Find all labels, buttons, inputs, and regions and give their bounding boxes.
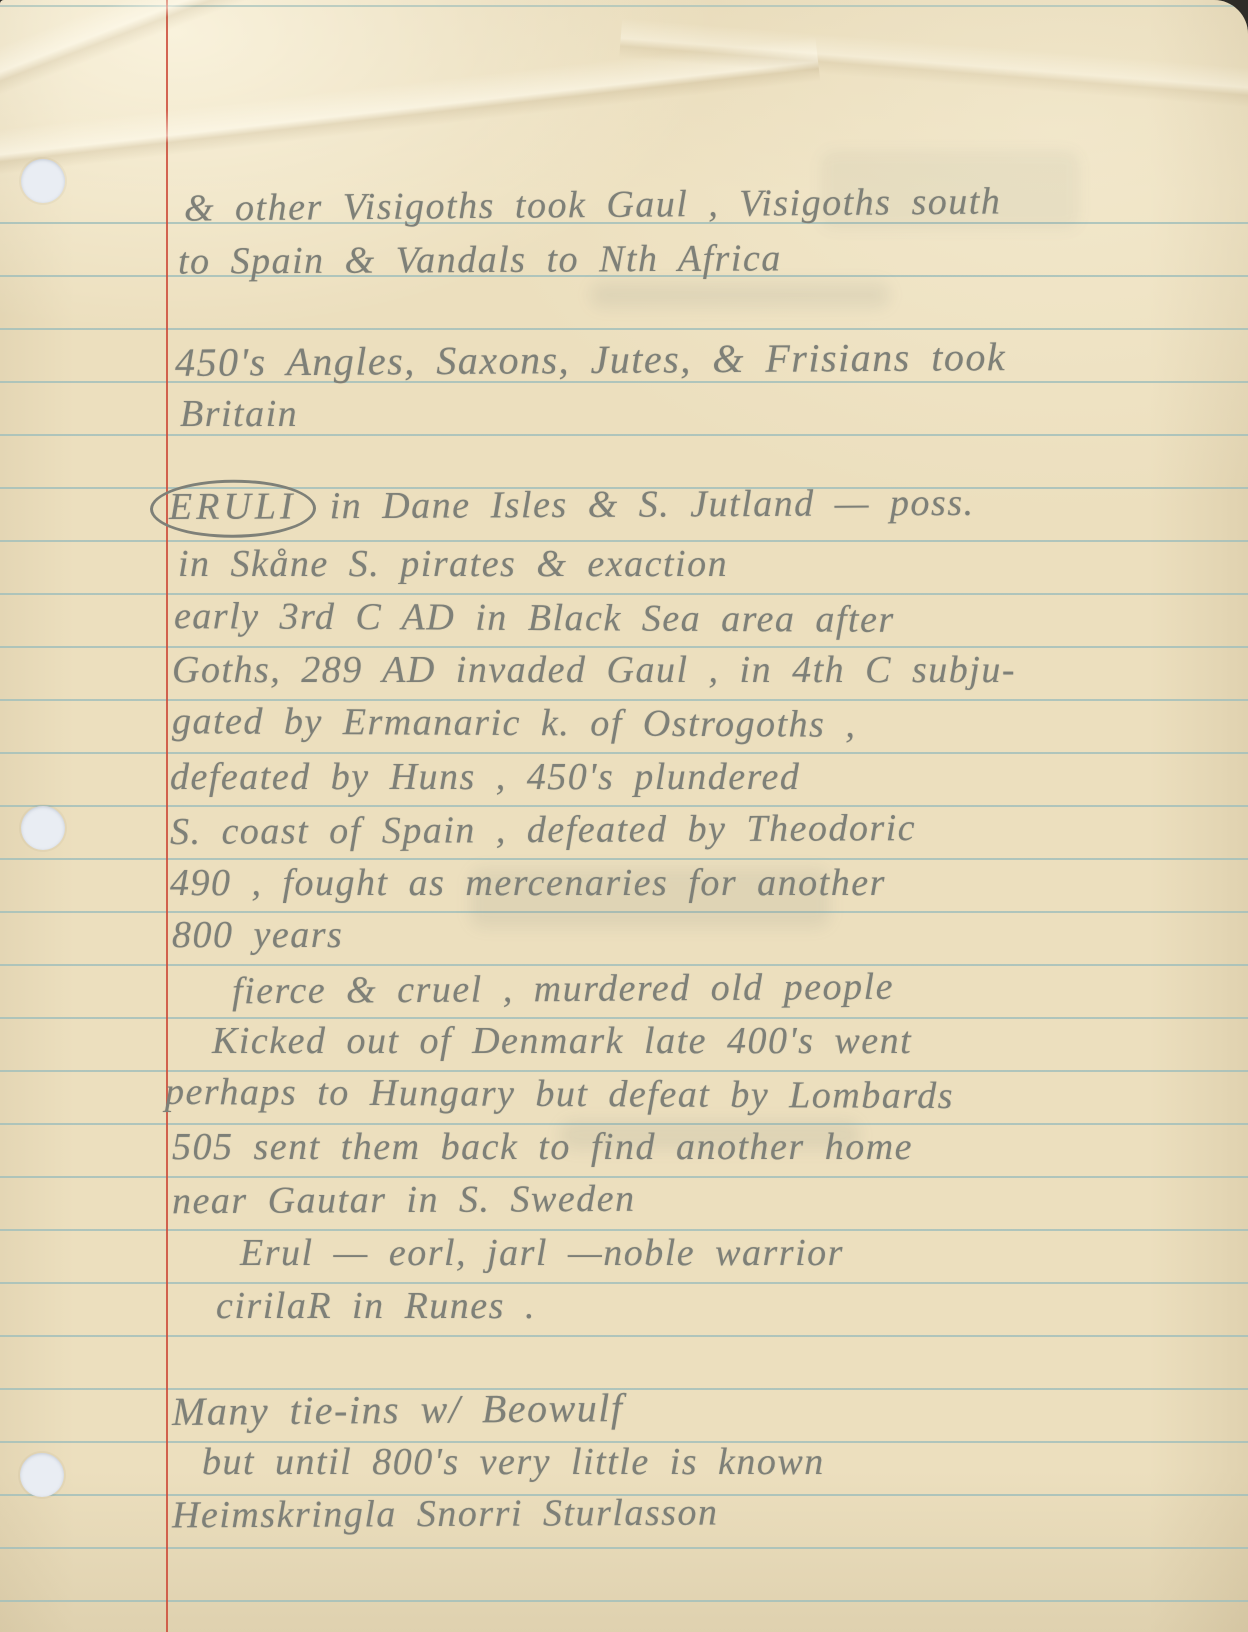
fold-crease <box>0 0 360 123</box>
eruli-line-rest: in Dane Isles & S. Jutland — poss. <box>330 482 975 527</box>
fold-crease <box>618 0 1248 126</box>
handwritten-line: but until 800's very little is known <box>202 1440 825 1484</box>
handwritten-line: 800 years <box>172 913 343 957</box>
handwritten-line: & other Visigoths took Gaul , Visigoths … <box>184 179 1002 230</box>
hole-punch <box>21 159 65 203</box>
handwritten-line: Goths, 289 AD invaded Gaul , in 4th C su… <box>172 648 1016 692</box>
margin-line <box>166 0 168 1632</box>
ruled-line-top <box>0 5 1248 7</box>
bleed-through-smudge <box>590 282 890 308</box>
hole-punch <box>21 806 65 850</box>
handwritten-line-eruli: ERULIin Dane Isles & S. Jutland — poss. <box>150 476 975 538</box>
handwritten-line: Erul — eorl, jarl —noble warrior <box>240 1231 844 1275</box>
eruli-circled-heading: ERULI <box>150 479 316 538</box>
handwritten-line: fierce & cruel , murdered old people <box>232 965 894 1014</box>
scanned-notebook-page: & other Visigoths took Gaul , Visigoths … <box>0 0 1248 1632</box>
handwritten-line: 505 sent them back to find another home <box>172 1125 913 1169</box>
fold-crease <box>0 10 822 197</box>
handwritten-line: to Spain & Vandals to Nth Africa <box>178 236 782 283</box>
handwritten-line: cirilaR in Runes . <box>216 1284 536 1328</box>
handwritten-line: 450's Angles, Saxons, Jutes, & Frisians … <box>175 333 1006 386</box>
handwritten-line: Heimskringla Snorri Sturlasson <box>172 1491 719 1538</box>
handwritten-line: defeated by Huns , 450's plundered <box>170 755 800 799</box>
handwritten-line: Kicked out of Denmark late 400's went <box>212 1019 912 1063</box>
handwritten-line: early 3rd C AD in Black Sea area after <box>174 594 895 642</box>
handwritten-line: Many tie-ins w/ Beowulf <box>172 1384 624 1435</box>
handwritten-line: S. coast of Spain , defeated by Theodori… <box>170 806 916 854</box>
handwritten-line: in Skåne S. pirates & exaction <box>178 542 728 586</box>
hole-punch <box>20 1453 64 1497</box>
handwritten-line: perhaps to Hungary but defeat by Lombard… <box>165 1070 954 1118</box>
handwritten-line: gated by Ermanaric k. of Ostrogoths , <box>172 699 857 747</box>
handwritten-line: near Gautar in S. Sweden <box>172 1177 636 1223</box>
handwritten-line: 490 , fought as mercenaries for another <box>170 861 886 905</box>
handwritten-line: Britain <box>180 392 298 436</box>
